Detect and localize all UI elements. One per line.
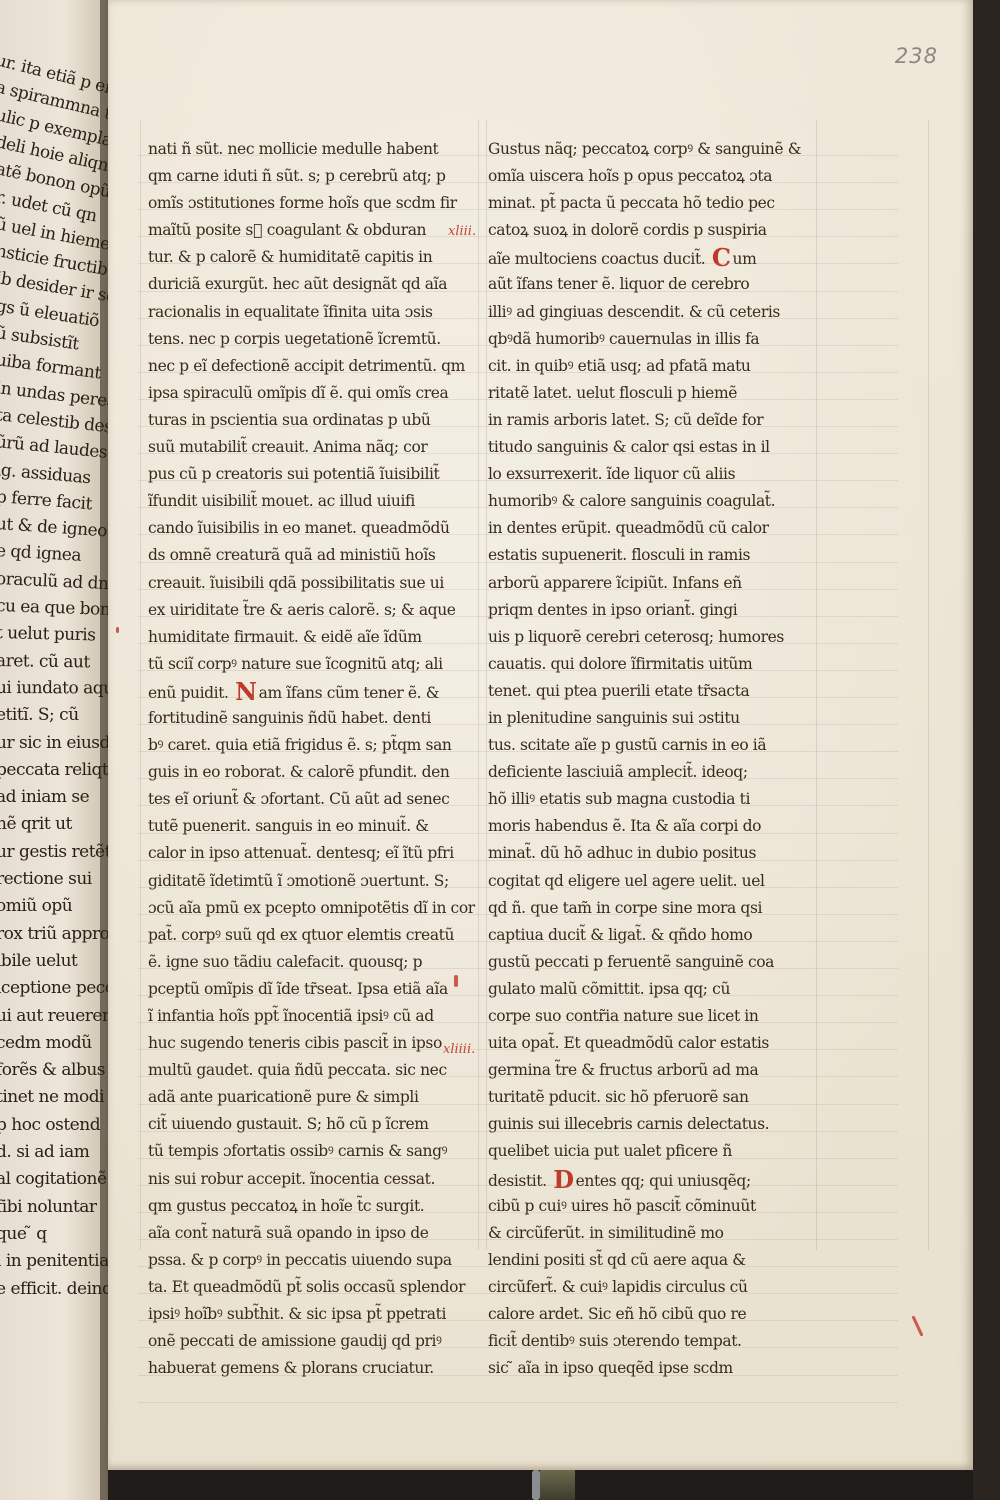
ruling-line: [138, 236, 898, 237]
text-line: giditatẽ ĩdetimtũ ĩ ɔmotionẽ ɔuertunt. S…: [148, 868, 473, 895]
ruling-line: [138, 968, 898, 969]
text-segment: enũ puidit.: [148, 684, 233, 702]
text-line: tũ tempis ɔfortatis ossibꝰ carnis & sang…: [148, 1138, 473, 1165]
text-column-a: nati ñ sũt. nec mollicie medulle habentq…: [148, 136, 473, 1382]
ruling-line: [138, 399, 898, 400]
text-line: priqm dentes in ipso oriant̃. gingi: [488, 597, 808, 624]
ruling-line: [138, 480, 898, 481]
ruling-line: [138, 751, 898, 752]
ruling-line: [138, 914, 898, 915]
text-line: multũ gaudet. quia ñdũ peccata. sic nec: [148, 1057, 473, 1084]
ruling-line: [138, 1158, 898, 1159]
text-line: racionalis in equalitate ĩfinita uita ɔs…: [148, 299, 473, 326]
text-line: nis sui robur accepit. ĩnocentia cessat.: [148, 1166, 473, 1193]
text-line: pssa. & p corpꝰ in peccatis uiuendo supa: [148, 1247, 473, 1274]
text-line: ɔcũ aĩa pmũ ex pcepto omnipotẽtis dĩ in …: [148, 895, 473, 922]
decorated-initial: N: [233, 677, 259, 706]
text-line: calor in ipso attenuat̃. dentesq; eĩ ĩtũ…: [148, 840, 473, 867]
text-line: ds omnẽ creaturã quã ad ministiũ hoĩs: [148, 542, 473, 569]
ruling-line: [138, 318, 898, 319]
folio-number: 238: [895, 44, 938, 68]
text-line: nec p eĩ defectionẽ accipit detrimentũ. …: [148, 353, 473, 380]
ruling-line: [138, 860, 898, 861]
text-line: ritatẽ latet. uelut flosculi p hiemẽ: [488, 380, 808, 407]
text-segment: aĩe multociens coactus ducit̃.: [488, 250, 710, 268]
text-line: illiꝰ ad gingiuas descendit. & cũ ceteri…: [488, 299, 808, 326]
text-line: tũ sciĩ corpꝰ nature sue ĩcognitũ atq; a…: [148, 651, 473, 678]
ruling-line: [138, 1076, 898, 1077]
text-line: pceptũ omĩpis dĩ ĩde tr̃seat. Ipsa etiã …: [148, 976, 473, 1003]
text-line: captiua ducit̃ & ligat̃. & qñdo homo: [488, 922, 808, 949]
text-line: pus cũ p creatoris sui potentiã ĩuisibil…: [148, 461, 473, 488]
facing-page-text-line: d. si ad iam: [0, 1142, 89, 1162]
red-margin-mark: [116, 627, 119, 633]
facing-page-text-line: i in penitentia: [0, 1251, 108, 1271]
text-line: minat̃. dũ hõ adhuc in dubio positus: [488, 840, 808, 867]
text-line: moris habendus ẽ. Ita & aĩa corpi do: [488, 813, 808, 840]
facing-page-text-line: iceptione peccandi: [0, 978, 108, 998]
text-line: tes eĩ oriunt̃ & ɔfortant. Cũ aũt ad sen…: [148, 786, 473, 813]
text-line: creauit. ĩuisibili qdã possibilitatis su…: [148, 570, 473, 597]
text-line: uita opat̃. Et queadmõdũ calor estatis: [488, 1030, 808, 1057]
text-line: in ramis arboris latet. S; cũ deĩde for: [488, 407, 808, 434]
ruling-line: [138, 697, 898, 698]
text-line: turitatẽ pducit. sic hõ pferuorẽ san: [488, 1084, 808, 1111]
text-line: arborũ apparere ĩcipiũt. Infans eñ: [488, 570, 808, 597]
text-line: qbꝰdã humoribꝰ cauernulas in illis fa: [488, 326, 808, 353]
ruling-line: [138, 1347, 898, 1348]
ruling-line: [138, 805, 898, 806]
text-line: cauatis. qui dolore ĩfirmitatis uitũm: [488, 651, 808, 678]
ruling-line: [138, 1131, 898, 1132]
text-line: tutẽ puenerit. sanguis in eo minuit̃. &: [148, 813, 473, 840]
red-margin-mark: [911, 1315, 923, 1336]
ruling-line: [138, 1049, 898, 1050]
ruling-line: [138, 453, 898, 454]
ruling-line: [138, 1104, 898, 1105]
ruling-line: [138, 209, 898, 210]
facing-page-text-line: e qd ignea: [0, 541, 82, 566]
text-line: bꝰ caret. quia etiã frigidus ẽ. s; pt̃qm…: [148, 732, 473, 759]
ruling-line: [138, 155, 898, 156]
ruling-line: [138, 1320, 898, 1321]
text-line: lo exsurrexerit. ĩde liquor cũ aliis: [488, 461, 808, 488]
ruling-line: [928, 120, 929, 1250]
text-line: sic ̃ aĩa in ipso queqẽd ipse scdm: [488, 1355, 808, 1382]
ruling-line: [138, 1239, 898, 1240]
text-line: ipsiꝰ hoĩbꝰ subt̃hit. & sic ipsa pt̃ ppe…: [148, 1301, 473, 1328]
text-line: in dentes erũpit. queadmõdũ cũ calor: [488, 515, 808, 542]
ruling-line: [138, 995, 898, 996]
ruling-line: [138, 291, 898, 292]
ruling-line: [478, 120, 479, 1250]
text-line: in plenitudine sanguinis sui ɔstitu: [488, 705, 808, 732]
facing-page-text-line: ad iniam se: [0, 787, 89, 807]
facing-page-text-line: ur sic in eiusd: [0, 733, 108, 753]
facing-page-text-line: cu ea que bona: [0, 596, 108, 620]
facing-page-text-line: ui aut reuerenc: [0, 1006, 108, 1026]
text-line: guis in eo roborat. & calorẽ pfundit. de…: [148, 759, 473, 786]
text-segment: entes qq; qui uniusqẽq;: [576, 1172, 751, 1190]
facing-page-text-line: nẽ qrit ut: [0, 814, 72, 834]
text-line: humiditate firmauit. & eidẽ aĩe ĩdũm: [148, 624, 473, 651]
ruling-line: [138, 833, 898, 834]
text-line: titudo sanguinis & calor qsi estas in il: [488, 434, 808, 461]
text-line: cit. in quibꝰ etiã usq; ad pfatã matu: [488, 353, 808, 380]
text-line: ex uiriditate t̃re & aeris calorẽ. s; & …: [148, 597, 473, 624]
text-line: calore ardet. Sic eñ hõ cibũ quo re: [488, 1301, 808, 1328]
text-line: & circũferũt. in similitudinẽ mo: [488, 1220, 808, 1247]
text-line: aĩa cont̃ naturã suã opando in ipso de: [148, 1220, 473, 1247]
facing-page-text-line: rectione sui: [0, 869, 92, 889]
text-line: maĩtũ posite sᷤ coagulant & obduran: [148, 217, 473, 244]
facing-page-text-line: ũ subsistĩt: [0, 323, 80, 354]
facing-page-text-line: e efficit. deindẽ: [0, 1279, 108, 1299]
facing-page-text-line: uiba formant: [0, 350, 102, 383]
facing-page-text-line: aret. cũ aut: [0, 651, 90, 672]
facing-page-text-line: t uelut puris: [0, 623, 96, 645]
ruling-line: [816, 120, 817, 1250]
text-line: qd ñ. que tam̃ in corpe sine mora qsi: [488, 895, 808, 922]
text-line: qm gustus peccatoꝝ in hoĩe t̃c surgit.: [148, 1193, 473, 1220]
text-line: tens. nec p corpis uegetationẽ ĩcremtũ.: [148, 326, 473, 353]
facing-page-text-line: ig. assiduas: [0, 460, 91, 488]
text-line: pat̃. corpꝰ suũ qd ex qtuor elemtis crea…: [148, 922, 473, 949]
text-line: omĩa uiscera hoĩs p opus peccatoꝝ ɔta: [488, 163, 808, 190]
ruling-line: [138, 1022, 898, 1023]
decorated-initial: D: [551, 1165, 575, 1194]
text-line: germina t̃re & fructus arborũ ad ma: [488, 1057, 808, 1084]
ruling-line: [138, 1293, 898, 1294]
ruling-line: [138, 507, 898, 508]
ruling-line: [140, 120, 141, 1250]
facing-page-text-line: p hoc ostend: [0, 1115, 100, 1135]
text-line: ficit̃ dentibꝰ suis ɔterendo tempat.: [488, 1328, 808, 1355]
ruling-line: [138, 426, 898, 427]
ruling-line: [138, 1185, 898, 1186]
facing-page-text-line: al cogitationẽ: [0, 1169, 107, 1189]
text-line: ta. Et queadmõdũ pt̃ solis occasũ splend…: [148, 1274, 473, 1301]
text-line: ẽ. igne suo tãdiu calefacit. quousq; p: [148, 949, 473, 976]
ruling-line: [138, 589, 898, 590]
ruling-line: [138, 345, 898, 346]
ruling-line: [138, 941, 898, 942]
text-line: minat. pt̃ pacta ũ peccata hõ tedio pec: [488, 190, 808, 217]
text-line: deficiente lasciuiã amplecit̃. ideoq;: [488, 759, 808, 786]
text-line: gustũ peccati p feruentẽ sanguinẽ coa: [488, 949, 808, 976]
text-line: cit̃ uiuendo gustauit. S; hõ cũ p ĩcrem: [148, 1111, 473, 1138]
text-line: cando ĩuisibilis in eo manet. queadmõdũ: [148, 515, 473, 542]
facing-page-text-line: cedm modũ: [0, 1033, 92, 1053]
facing-page-text-line: omiũ opũ: [0, 896, 72, 916]
text-line: enũ puidit. Nam ĩfans cũm tener ẽ. &: [148, 678, 473, 705]
facing-page-text-line: fibi noluntar: [0, 1197, 97, 1217]
facing-page-text-line: ũrũ ad laudes: [0, 432, 108, 463]
text-line: cogitat qd eligere uel agere uelit. uel: [488, 868, 808, 895]
facing-page-text-line: ui iundato aqua: [0, 678, 108, 698]
text-line: suũ mutabilit̃ creauit. Anima nãq; cor: [148, 434, 473, 461]
ruling-line: [138, 643, 898, 644]
ruling-line: [138, 263, 898, 264]
ruling-line: [138, 562, 898, 563]
facing-page-text-line: oraculũ ad dn: [0, 569, 108, 594]
text-line: hõ illiꝰ etatis sub magna custodia ti: [488, 786, 808, 813]
text-line: ipsa spiraculũ omĩpis dĩ ẽ. qui omĩs cre…: [148, 380, 473, 407]
ruling-line: [138, 887, 898, 888]
ruling-line: [138, 182, 898, 183]
ruling-line: [138, 534, 898, 535]
ruling-line: [138, 1402, 898, 1403]
facing-page-text-line: etitĩ. S; cũ: [0, 705, 79, 725]
ruling-line: [486, 120, 487, 1250]
manuscript-folio: 238 nati ñ sũt. nec mollicie medulle hab…: [108, 0, 973, 1470]
facing-page-text-line: p ferre facit: [0, 487, 93, 514]
page-clip: [532, 1470, 540, 1500]
ruling-line: [138, 670, 898, 671]
ruling-line: [138, 1266, 898, 1267]
text-line: omĩs ɔstitutiones forme hoĩs que scdm fi…: [148, 190, 473, 217]
text-line: habuerat gemens & plorans cruciatur.: [148, 1355, 473, 1382]
facing-page-text-line: forẽs & albus: [0, 1060, 105, 1080]
facing-page-text-line: peccata reliqt: [0, 760, 108, 780]
text-line: uis p liquorẽ cerebri ceterosq; humores: [488, 624, 808, 651]
ruling-line: [138, 724, 898, 725]
facing-page-text-line: rox triũ approp: [0, 924, 108, 944]
text-line: ĩfundit uisibilit̃ mouet. ac illud uiuif…: [148, 488, 473, 515]
decorated-initial: C: [710, 243, 733, 272]
text-line: circũfert̃. & cuiꝰ lapidis circulus cũ: [488, 1274, 808, 1301]
text-line: corpe suo contr̃ia nature sue licet in: [488, 1003, 808, 1030]
red-margin-mark: [454, 975, 458, 987]
text-line: ĩ infantia hoĩs ppt̃ ĩnocentiã ipsiꝰ cũ …: [148, 1003, 473, 1030]
text-line: gulato malũ cõmittit. ipsa qq; cũ: [488, 976, 808, 1003]
text-line: guinis sui illecebris carnis delectatus.: [488, 1111, 808, 1138]
text-line: quelibet uicia put ualet pficere ñ: [488, 1138, 808, 1165]
text-line: huc sugendo teneris cibis pascit̃ in ips…: [148, 1030, 473, 1057]
bookmark-tab: [540, 1470, 575, 1500]
facing-page-text-line: ut & de igneo: [0, 514, 108, 541]
ruling-line: [138, 1212, 898, 1213]
text-segment: am ĩfans cũm tener ẽ. &: [259, 684, 439, 702]
facing-page-text-line: ur gestis retẽt: [0, 842, 108, 862]
facing-page-text-line: ibile uelut: [0, 951, 77, 971]
text-segment: um: [733, 250, 757, 268]
text-line: adã ante puaricationẽ pure & simpli: [148, 1084, 473, 1111]
ruling-line: [138, 616, 898, 617]
text-line: tenet. qui ptea puerili etate tr̃sacta: [488, 678, 808, 705]
text-line: onẽ peccati de amissione gaudij qd priꝰ: [148, 1328, 473, 1355]
text-line: cibũ p cuiꝰ uires hõ pascit̃ cõminuũt: [488, 1193, 808, 1220]
text-segment: desistit.: [488, 1172, 551, 1190]
text-line: turas in pscientia sua ordinatas p ubũ: [148, 407, 473, 434]
text-line: aĩe multociens coactus ducit̃. Cum: [488, 244, 808, 271]
text-line: qm carne iduti ñ sũt. s; p cerebrũ atq; …: [148, 163, 473, 190]
facing-page-verso: ur. ita etiã p emdica spirammna tempauli…: [0, 0, 108, 1500]
text-line: humoribꝰ & calore sanguinis coagulat̃.: [488, 488, 808, 515]
text-line: aũt ĩfans tener ẽ. liquor de cerebro: [488, 271, 808, 298]
text-line: Gustus nãq; peccatoꝝ corpꝰ & sanguinẽ &: [488, 136, 808, 163]
ruling-line: [138, 778, 898, 779]
ruling-line: [138, 372, 898, 373]
facing-page-text-line: que ̃ q: [0, 1224, 47, 1244]
text-line: estatis supuenerit. flosculi in ramis: [488, 542, 808, 569]
text-line: duriciã exurgũt. hec aũt designãt qd aĩa: [148, 271, 473, 298]
text-column-b: Gustus nãq; peccatoꝝ corpꝰ & sanguinẽ &o…: [488, 136, 808, 1382]
facing-page-text-line: tinet ne modi: [0, 1087, 104, 1107]
text-line: catoꝝ suoꝝ in dolorẽ cordis p suspiria: [488, 217, 808, 244]
text-line: nati ñ sũt. nec mollicie medulle habent: [148, 136, 473, 163]
text-line: fortitudinẽ sanguinis ñdũ habet. denti: [148, 705, 473, 732]
text-line: desistit. Dentes qq; qui uniusqẽq;: [488, 1166, 808, 1193]
ruling-line: [138, 1375, 898, 1376]
text-line: tus. scitate aĩe p gustũ carnis in eo iã: [488, 732, 808, 759]
text-line: tur. & p calorẽ & humiditatẽ capitis in: [148, 244, 473, 271]
text-line: lendini positi st̃ qd cũ aere aqua &: [488, 1247, 808, 1274]
